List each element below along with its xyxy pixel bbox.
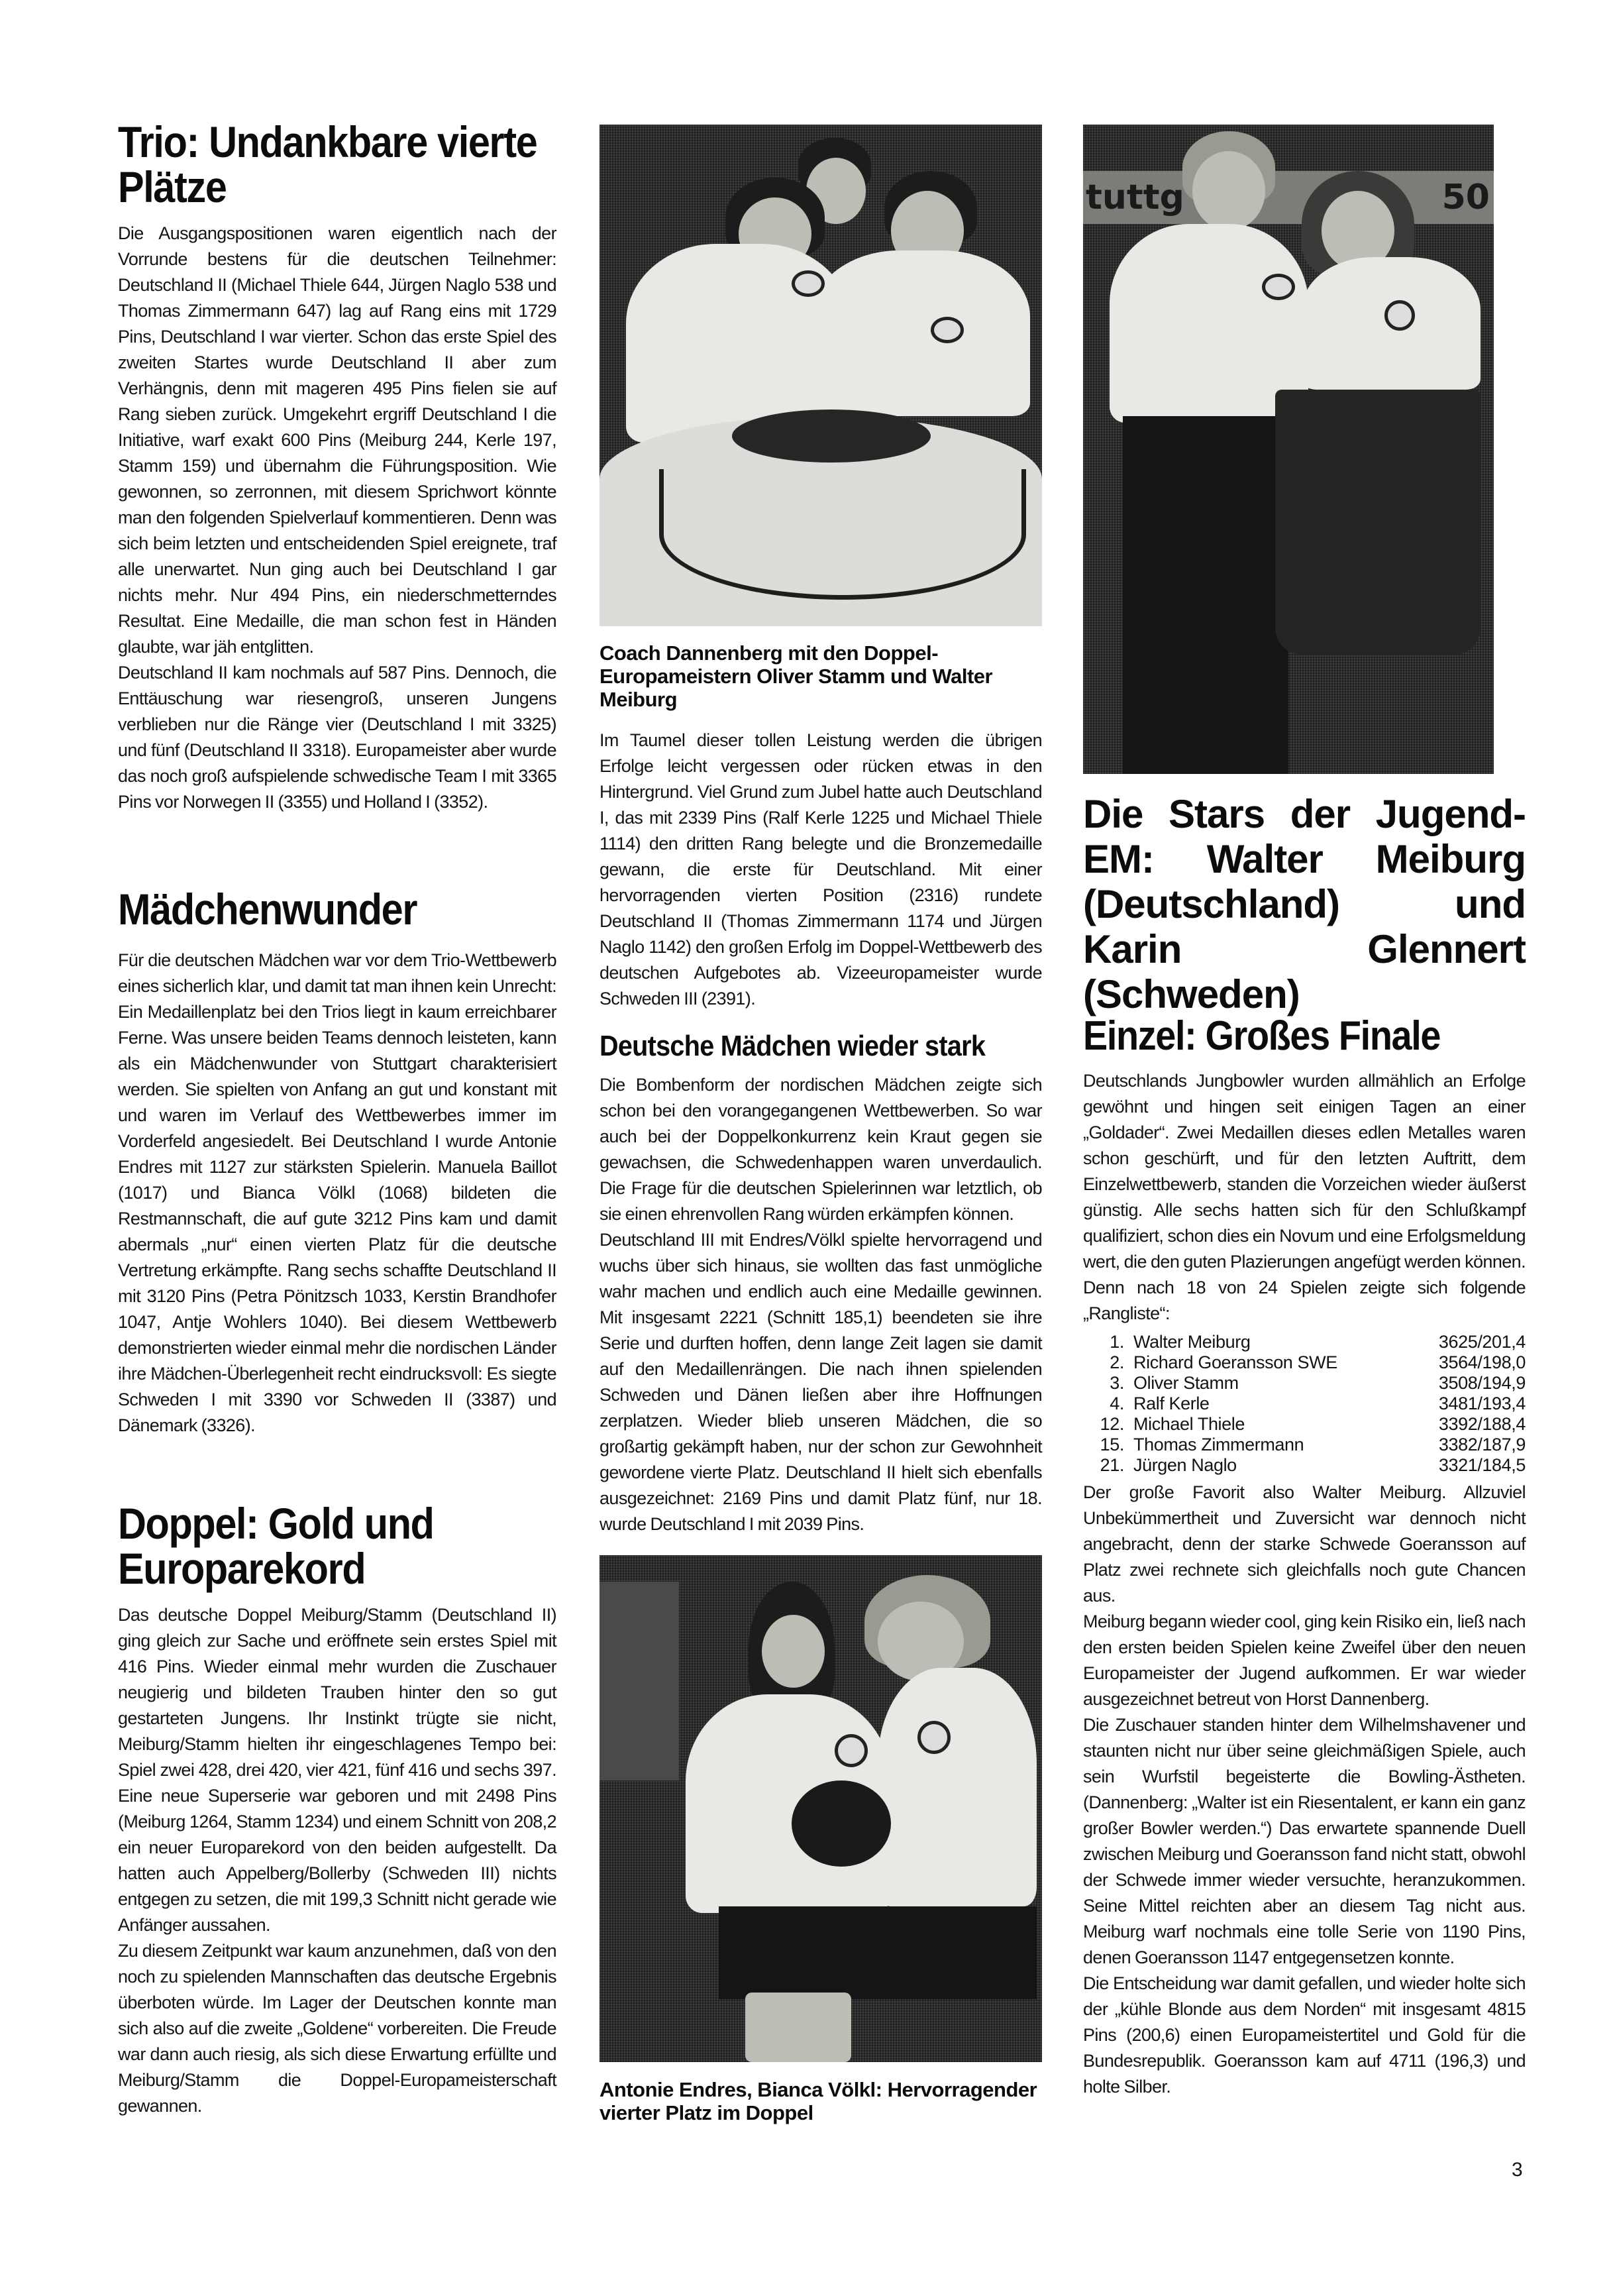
photo-caption-endres-voelkl: Antonie Endres, Bianca Völkl: Hervorrage… <box>599 2078 1042 2124</box>
shirt-emblem-icon <box>1384 300 1415 331</box>
meiburg-face <box>1192 151 1265 231</box>
section-trio: Trio: Undankbare vierte Plätze <box>118 119 556 209</box>
bowling-ball-icon <box>792 1780 891 1867</box>
photo-endres-voelkl <box>599 1555 1042 2062</box>
einzel-intro: Deutschlands Jungbowler wurden allmählic… <box>1083 1068 1526 1327</box>
photo-caption-stars: Die Stars der Jugend-EM: Walter Meiburg … <box>1083 792 1526 1017</box>
heading-trio: Trio: Undankbare vierte Plätze <box>118 119 556 209</box>
ball-return-rail <box>659 469 1026 600</box>
background-banner <box>599 1582 679 1780</box>
doppel-paragraph-1: Das deutsche Doppel Meiburg/Stamm (Deuts… <box>118 1602 556 1938</box>
maedchenwunder-paragraph-1: Für die deutschen Mädchen war vor dem Tr… <box>118 948 556 1439</box>
skirts <box>719 1906 1037 1999</box>
section-deutsche-maedchen: Deutsche Mädchen wieder stark <box>599 1030 1042 1062</box>
photo-coach-and-doubles <box>599 125 1042 626</box>
banner-text-left: tuttg <box>1086 171 1184 224</box>
caption-block-stars: Die Stars der Jugend-EM: Walter Meiburg … <box>1083 792 1526 1017</box>
doppel-body: Das deutsche Doppel Meiburg/Stamm (Deuts… <box>118 1602 556 2119</box>
taumel-paragraph: Im Taumel dieser tollen Leistung werden … <box>599 728 1042 1012</box>
caption-block-top: Coach Dannenberg mit den Doppel-Europame… <box>599 641 1042 711</box>
maedchenwunder-body: Für die deutschen Mädchen war vor dem Tr… <box>118 948 556 1439</box>
section-einzel: Einzel: Großes Finale <box>1083 1014 1526 1059</box>
einzel-body: Deutschlands Jungbowler wurden allmählic… <box>1083 1068 1526 2100</box>
glennert-skirt <box>1275 390 1481 655</box>
photo-meiburg-glennert: tuttg 50 <box>1083 125 1494 774</box>
ranking-row: 3.Oliver Stamm3508/194,9 <box>1083 1373 1526 1394</box>
einzel-paragraph-2: Meiburg begann wieder cool, ging kein Ri… <box>1083 1609 1526 1712</box>
ball-return-opening <box>732 410 931 463</box>
trio-body: Die Ausgangspositionen waren eigentlich … <box>118 221 556 815</box>
heading-doppel: Doppel: Gold und Europarekord <box>118 1501 533 1591</box>
section-maedchenwunder: Mädchenwunder <box>118 887 556 932</box>
shirt-right <box>878 1668 1037 1906</box>
shirt-emblem-icon <box>835 1734 868 1767</box>
banner-text-right: 50 <box>1442 171 1490 224</box>
einzel-paragraph-3: Die Zuschauer standen hinter dem Wilhelm… <box>1083 1712 1526 1971</box>
heading-deutsche-maedchen: Deutsche Mädchen wieder stark <box>599 1030 1041 1062</box>
ranking-row: 1.Walter Meiburg3625/201,4 <box>1083 1332 1526 1352</box>
shirt-emblem-icon <box>792 270 825 297</box>
ranking-row: 2.Richard Goeransson SWE3564/198,0 <box>1083 1352 1526 1373</box>
stuttgart-banner: tuttg 50 <box>1083 171 1494 224</box>
deutsche-maedchen-body: Die Bombenform der nordischen Mädchen ze… <box>599 1072 1042 1537</box>
heading-maedchenwunder: Mädchenwunder <box>118 887 556 932</box>
shirt-right <box>811 250 1030 416</box>
shirt-emblem-icon <box>1262 274 1295 300</box>
einzel-paragraph-1: Der große Favorit also Walter Meiburg. A… <box>1083 1480 1526 1609</box>
shirt-emblem-icon <box>931 317 964 343</box>
bowler-face-left <box>762 1615 825 1688</box>
heading-einzel: Einzel: Großes Finale <box>1083 1014 1525 1059</box>
section-doppel: Doppel: Gold und Europarekord <box>118 1501 556 1591</box>
einzel-paragraph-4: Die Entscheidung war damit gefallen, und… <box>1083 1971 1526 2100</box>
doppel-paragraph-2: Zu diesem Zeitpunkt war kaum anzunehmen,… <box>118 1938 556 2119</box>
shirt-emblem-icon <box>917 1721 951 1754</box>
trio-paragraph-1: Die Ausgangspositionen waren eigentlich … <box>118 221 556 660</box>
ranking-row: 12.Michael Thiele3392/188,4 <box>1083 1414 1526 1435</box>
taumel-body: Im Taumel dieser tollen Leistung werden … <box>599 728 1042 1012</box>
ranking-row: 4.Ralf Kerle3481/193,4 <box>1083 1394 1526 1414</box>
photo-caption-coach: Coach Dannenberg mit den Doppel-Europame… <box>599 641 1042 711</box>
page-number: 3 <box>1512 2159 1523 2181</box>
caption-block-bottom: Antonie Endres, Bianca Völkl: Hervorrage… <box>599 2078 1042 2124</box>
trio-paragraph-2: Deutschland II kam nochmals auf 587 Pins… <box>118 660 556 815</box>
legs <box>745 1993 851 2062</box>
ranking-row: 15.Thomas Zimmermann3382/187,9 <box>1083 1435 1526 1455</box>
ranking-table: 1.Walter Meiburg3625/201,4 2.Richard Goe… <box>1083 1332 1526 1476</box>
deutsche-maedchen-paragraph-2: Deutschland III mit Endres/Völkl spielte… <box>599 1227 1042 1537</box>
deutsche-maedchen-paragraph-1: Die Bombenform der nordischen Mädchen ze… <box>599 1072 1042 1227</box>
meiburg-trousers <box>1123 416 1288 774</box>
ranking-row: 21.Jürgen Naglo3321/184,5 <box>1083 1455 1526 1476</box>
